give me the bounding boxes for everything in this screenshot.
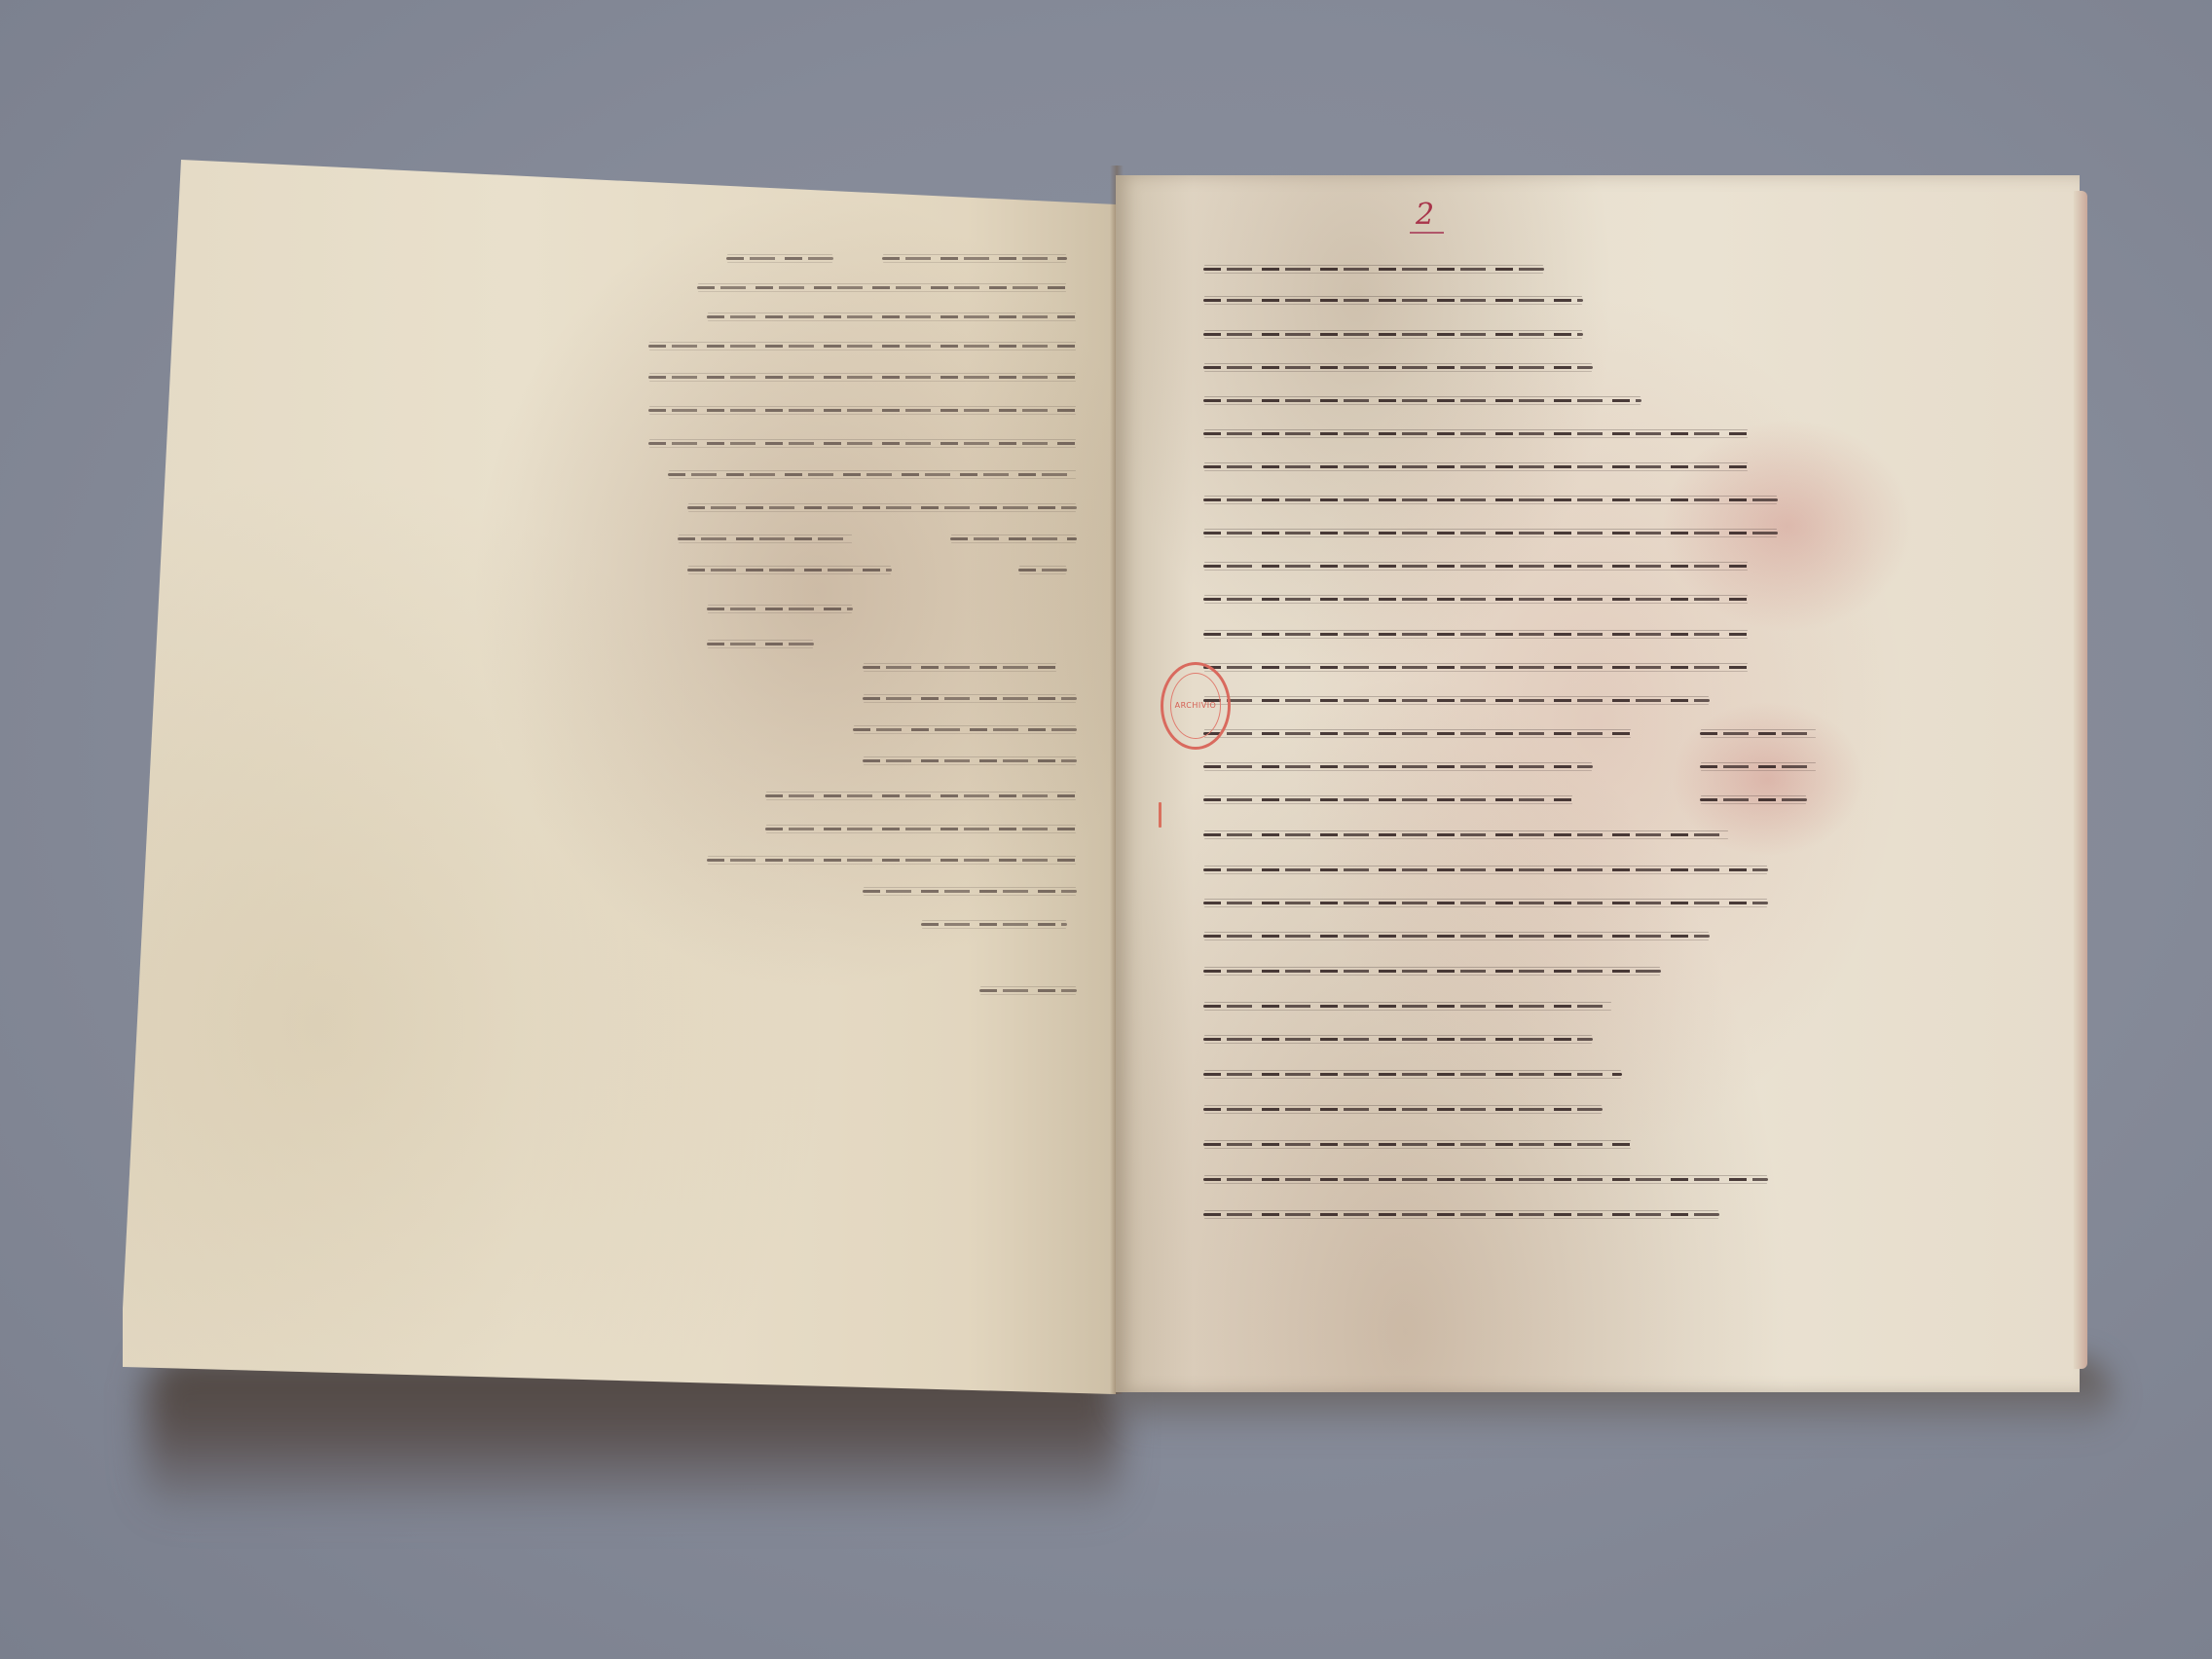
right-page [1116,175,2080,1392]
stamp-label: ARCHIVIO [1170,673,1221,739]
page-edge [2074,191,2087,1369]
left-page [123,160,1116,1394]
margin-mark [1159,802,1161,828]
archive-stamp-icon: ARCHIVIO [1161,662,1231,750]
right-page-text [1116,175,2080,1392]
left-page-text [123,160,1116,1394]
folio-number: 2 [1410,201,1444,234]
